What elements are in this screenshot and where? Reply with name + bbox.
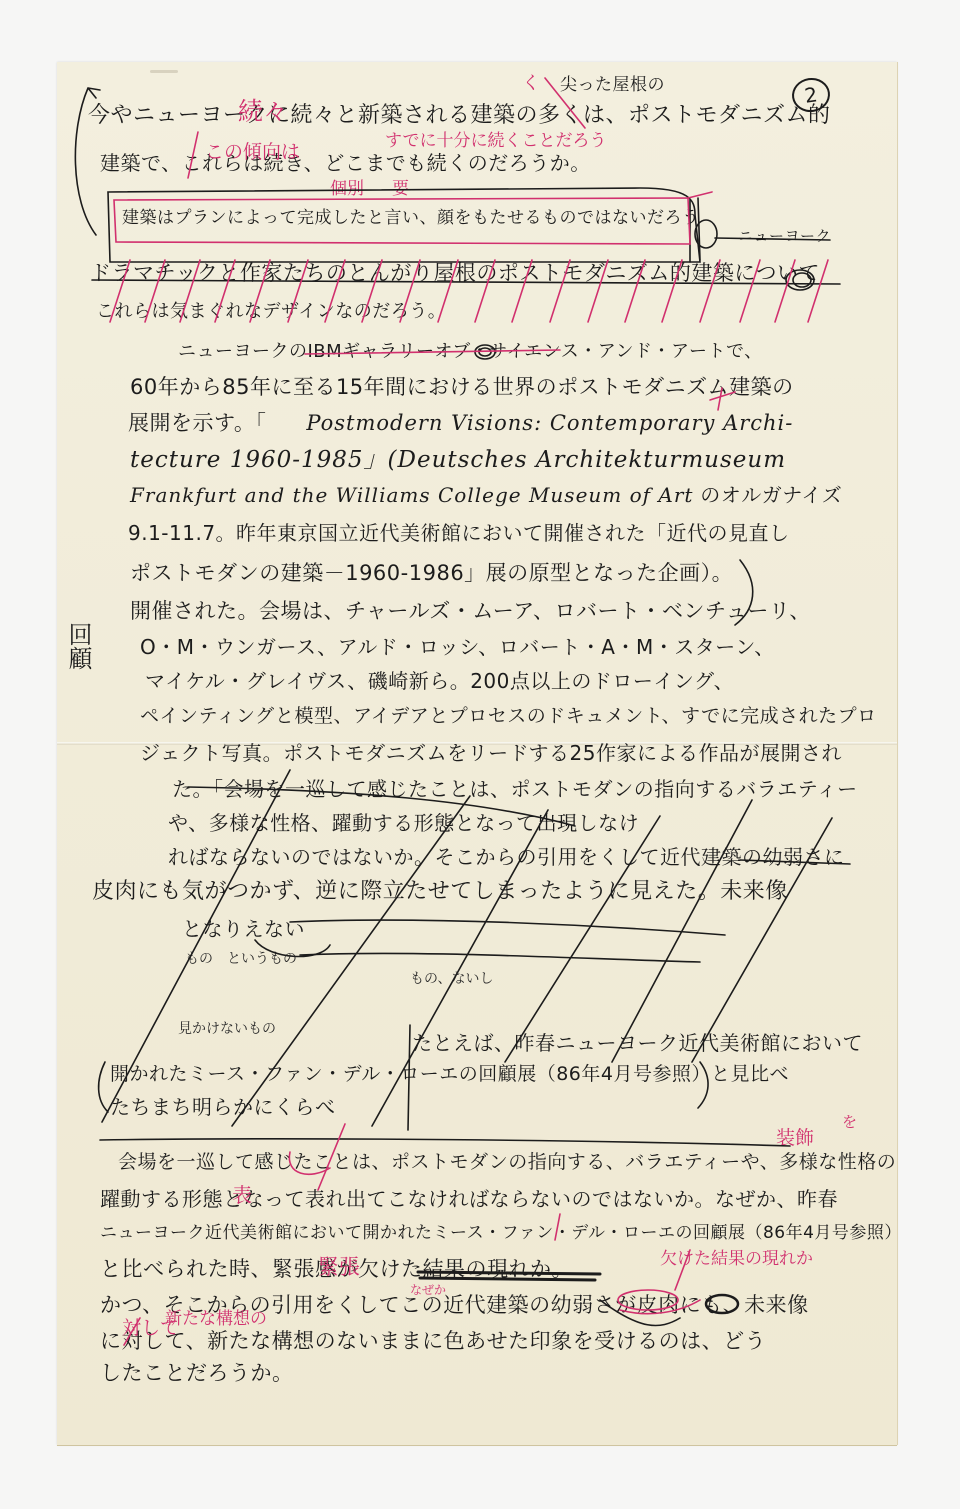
manuscript-line: 展開を示す。「Postmodern Visions: Contemporary … <box>128 412 793 435</box>
line-text: ニューヨークのIBMギャラリー <box>178 341 434 362</box>
struck-insertion: ニューヨーク <box>738 228 831 245</box>
margin-note: 回顧 <box>66 622 90 670</box>
sub-note: もの、ないし <box>410 968 493 988</box>
magenta-edit: 続々 <box>238 98 288 126</box>
boxed-manuscript-line: 建築はプランによって完成したと言い、顔をもたせるものではないだろう <box>122 209 700 228</box>
line-text: のオルガナイズ <box>693 483 842 507</box>
magenta-edit: すでに十分に続くことだろう <box>385 132 607 151</box>
staple-mark <box>150 70 178 73</box>
magenta-edit: 欠けた結果の現れか <box>660 1250 813 1269</box>
manuscript-line: マイケル・グレイヴス、磯崎新ら。200点以上のドローイング、 <box>145 670 734 692</box>
crossed-out-line: ればならないのではないか。そこからの引用をくして近代建築の幼弱さに <box>168 846 845 868</box>
crossed-out-line: となりえない <box>182 918 305 940</box>
manuscript-line: 9.1-11.7。昨年東京国立近代美術館において開催された「近代の見直し <box>128 522 790 544</box>
crossed-out-line: た。「会場を一巡して感じたことは、ポストモダンの指向するバラエティー <box>172 778 858 800</box>
magenta-edit: 新たな構想の <box>165 1310 267 1329</box>
magenta-edit: く <box>522 74 540 94</box>
manuscript-line: これらは気まぐれなデザインなのだろう。 <box>96 302 446 322</box>
magenta-edit: なぜか <box>410 1284 446 1297</box>
manuscript-line: 躍動する形態となって表れ出てこなければならないのではないか。なぜか、昨春 <box>100 1188 838 1210</box>
struck-manuscript-line: ドラマチックと作家たちのとんがり屋根のポストモダニズム的建築について <box>90 262 820 285</box>
magenta-edit: 表 <box>232 1184 252 1206</box>
magenta-edit: この傾向は <box>205 142 300 163</box>
manuscript-line: 建築で、これらは続き、どこまでも続くのだろうか。 <box>100 152 591 174</box>
manuscript-line: ポストモダンの建築－1960-1986」展の原型となった企画）。 <box>130 562 733 585</box>
magenta-edit: 個別 <box>330 180 364 199</box>
magenta-edit: を <box>842 1114 857 1131</box>
manuscript-line: Frankfurt and the Williams College Museu… <box>130 484 842 506</box>
insertion-note: 尖った屋根の <box>560 76 665 95</box>
manuscript-line: に対して、新たな構想のないままに色あせた印象を受けるのは、どう <box>100 1330 766 1353</box>
manuscript-line: ニューヨーク近代美術館において開かれたミース・ファン・デル・ローエの回顧展（86… <box>100 1224 902 1243</box>
manuscript-line: tecture 1960-1985」(Deutsches Architektur… <box>130 448 786 473</box>
magenta-edit: 緊張 <box>318 1256 360 1279</box>
manuscript-line: 60年から85年に至る15年間における世界のポストモダニズム建築の <box>130 376 794 399</box>
crossed-out-line: 皮肉にも気がつかず、逆に際立たせてしまったように見えた。未来像 <box>92 880 788 904</box>
exhibition-title: Postmodern Visions: Contemporary Archi- <box>306 411 793 435</box>
manuscript-line: 今やニューヨークに続々と新築される建築の多くは、ポストモダニズム的 <box>88 104 831 128</box>
crossed-out-line: たちまち明らかにくらべ <box>110 1096 336 1118</box>
struck-text: オブ・サイエンス・アンド・アート <box>434 341 726 362</box>
crossed-out-line: たとえば、昨春ニューヨーク近代美術館において <box>412 1032 863 1054</box>
sub-note: 見かけないもの <box>178 1018 276 1038</box>
manuscript-line: 開催された。会場は、チャールズ・ムーア、ロバート・ベンチューリ、 <box>130 600 811 623</box>
crossed-out-line: 開かれたミース・ファン・デル・ローエの回顧展（86年4月号参照）と見比べ <box>110 1064 789 1085</box>
manuscript-line: ペインティングと模型、アイデアとプロセスのドキュメント、すでに完成されたプロ <box>140 706 877 727</box>
crossed-out-line: や、多様な性格、躍動する形態となって出現しなけ <box>168 812 639 834</box>
sub-note: もの というもの <box>185 948 297 968</box>
manuscript-line: 会場を一巡して感じたことは、ポストモダンの指向する、バラエティーや、多様な性格の <box>118 1152 896 1173</box>
manuscript-line: ジェクト写真。ポストモダニズムをリードする25作家による作品が展開され <box>140 742 842 764</box>
line-text: で、 <box>726 341 763 362</box>
magenta-edit: 要 <box>392 180 409 199</box>
magenta-edit: 装飾 <box>776 1128 814 1149</box>
line-text: 展開を示す。「 <box>128 411 266 435</box>
manuscript-line: ニューヨークのIBMギャラリーオブ・サイエンス・アンド・アートで、 <box>178 342 763 362</box>
manuscript-line: O・M・ウンガース、アルド・ロッシ、ロバート・A・M・スターン、 <box>140 636 775 658</box>
organizer-names: Frankfurt and the Williams College Museu… <box>130 483 693 507</box>
manuscript-line: したことだろうか。 <box>100 1362 294 1385</box>
